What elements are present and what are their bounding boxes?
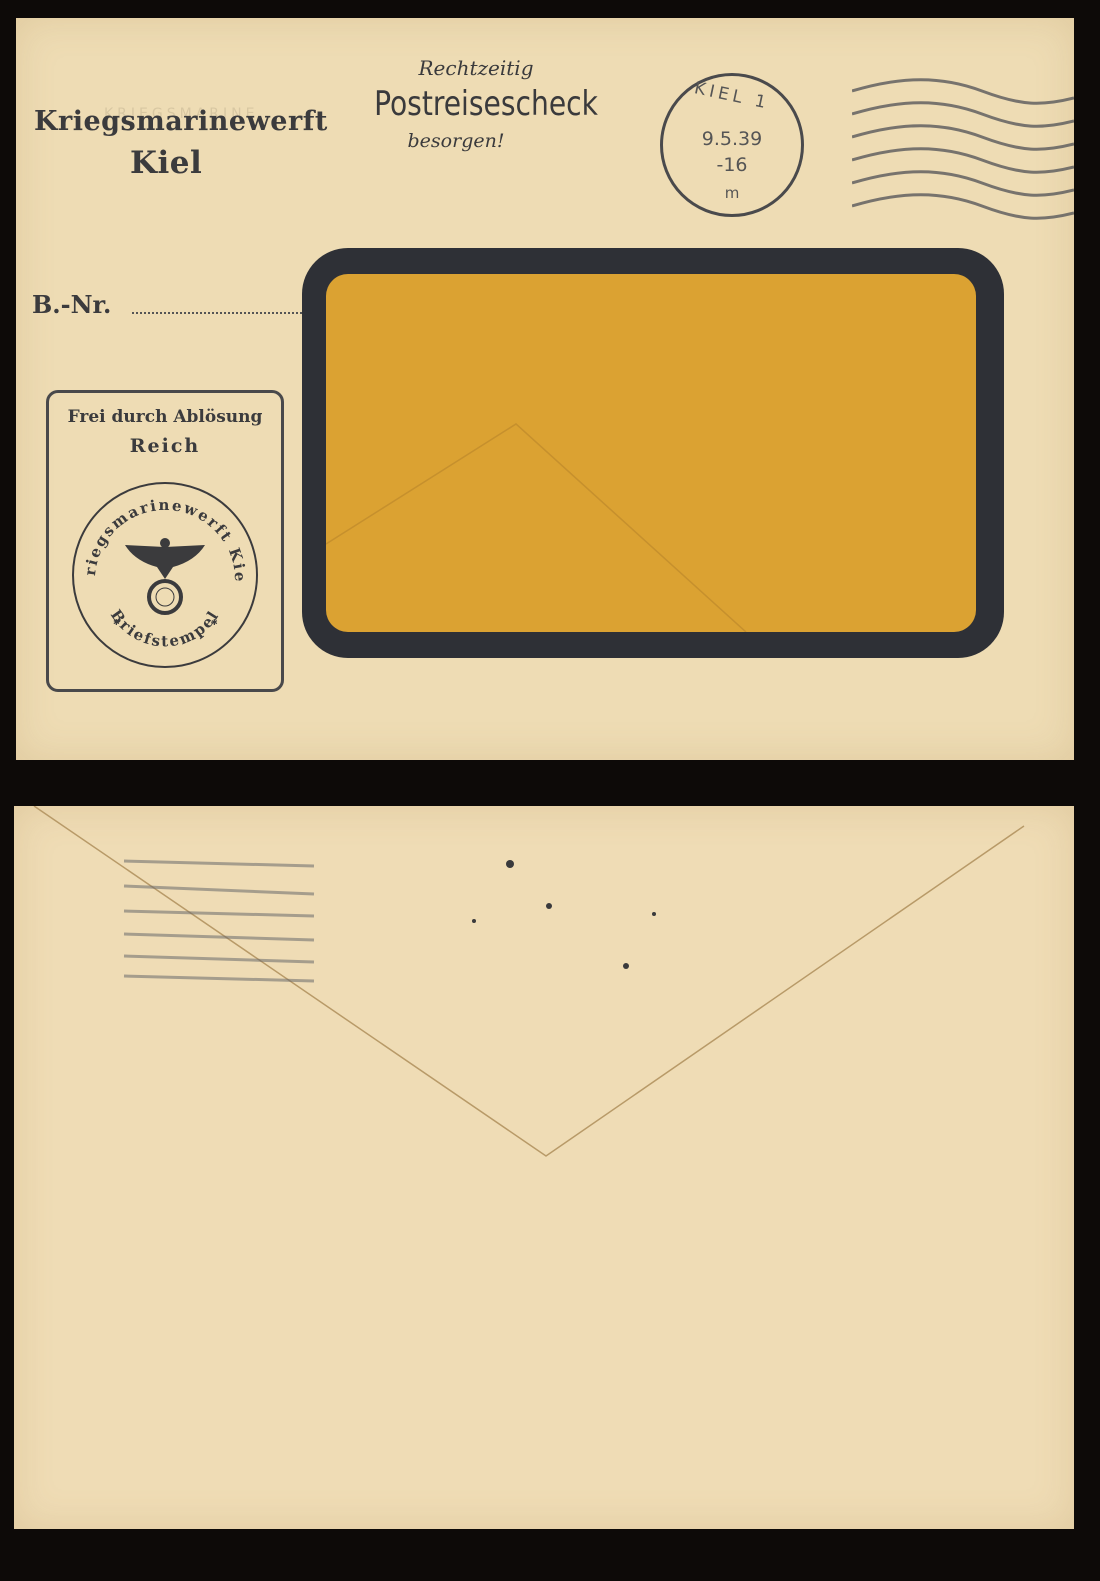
reference-number-label: B.-Nr. [32,290,111,319]
address-window-pane [326,274,976,632]
handwritten-bottom: besorgen! [286,130,626,152]
postmark-code: m [663,184,801,202]
envelope-back [14,806,1074,1529]
svg-text:✱: ✱ [113,618,120,627]
postmark-city: KIEL 1 [662,72,801,120]
wavy-cancel-lines [852,76,1074,226]
svg-text:✱: ✱ [211,618,218,627]
envelope-front: KRIEGSMARINE Kriegsmarinewerft Kiel Rech… [16,18,1074,760]
slogan-printed: Postreisescheck [357,84,615,124]
sender-line-1: Kriegsmarinewerft [34,106,328,137]
slogan-cancel: Rechtzeitig Postreisescheck besorgen! [346,56,626,152]
envelope-flap [14,806,1074,1529]
franking-stamp: Frei durch Ablösung Reich Kriegsmarinewe… [46,390,284,692]
svg-text:Kriegsmarinewerft Kiel: Kriegsmarinewerft Kiel [65,475,249,584]
postmark-hour: -16 [663,154,801,176]
postmark-date: 9.5.39 [663,128,801,150]
sender-block: Kriegsmarinewerft Kiel [34,106,328,181]
franking-line-2: Reich [49,435,281,457]
franking-line-1: Frei durch Ablösung [49,407,281,427]
seal-emblem-icon: Kriegsmarinewerft Kiel Briefstempel ✱ ✱ [65,475,265,675]
address-window [302,248,1004,658]
inner-flap-shadow [326,274,976,632]
handwritten-top: Rechtzeitig [326,56,626,80]
reference-number-line [132,312,310,314]
postmark: KIEL 1 9.5.39 -16 m [660,73,804,217]
